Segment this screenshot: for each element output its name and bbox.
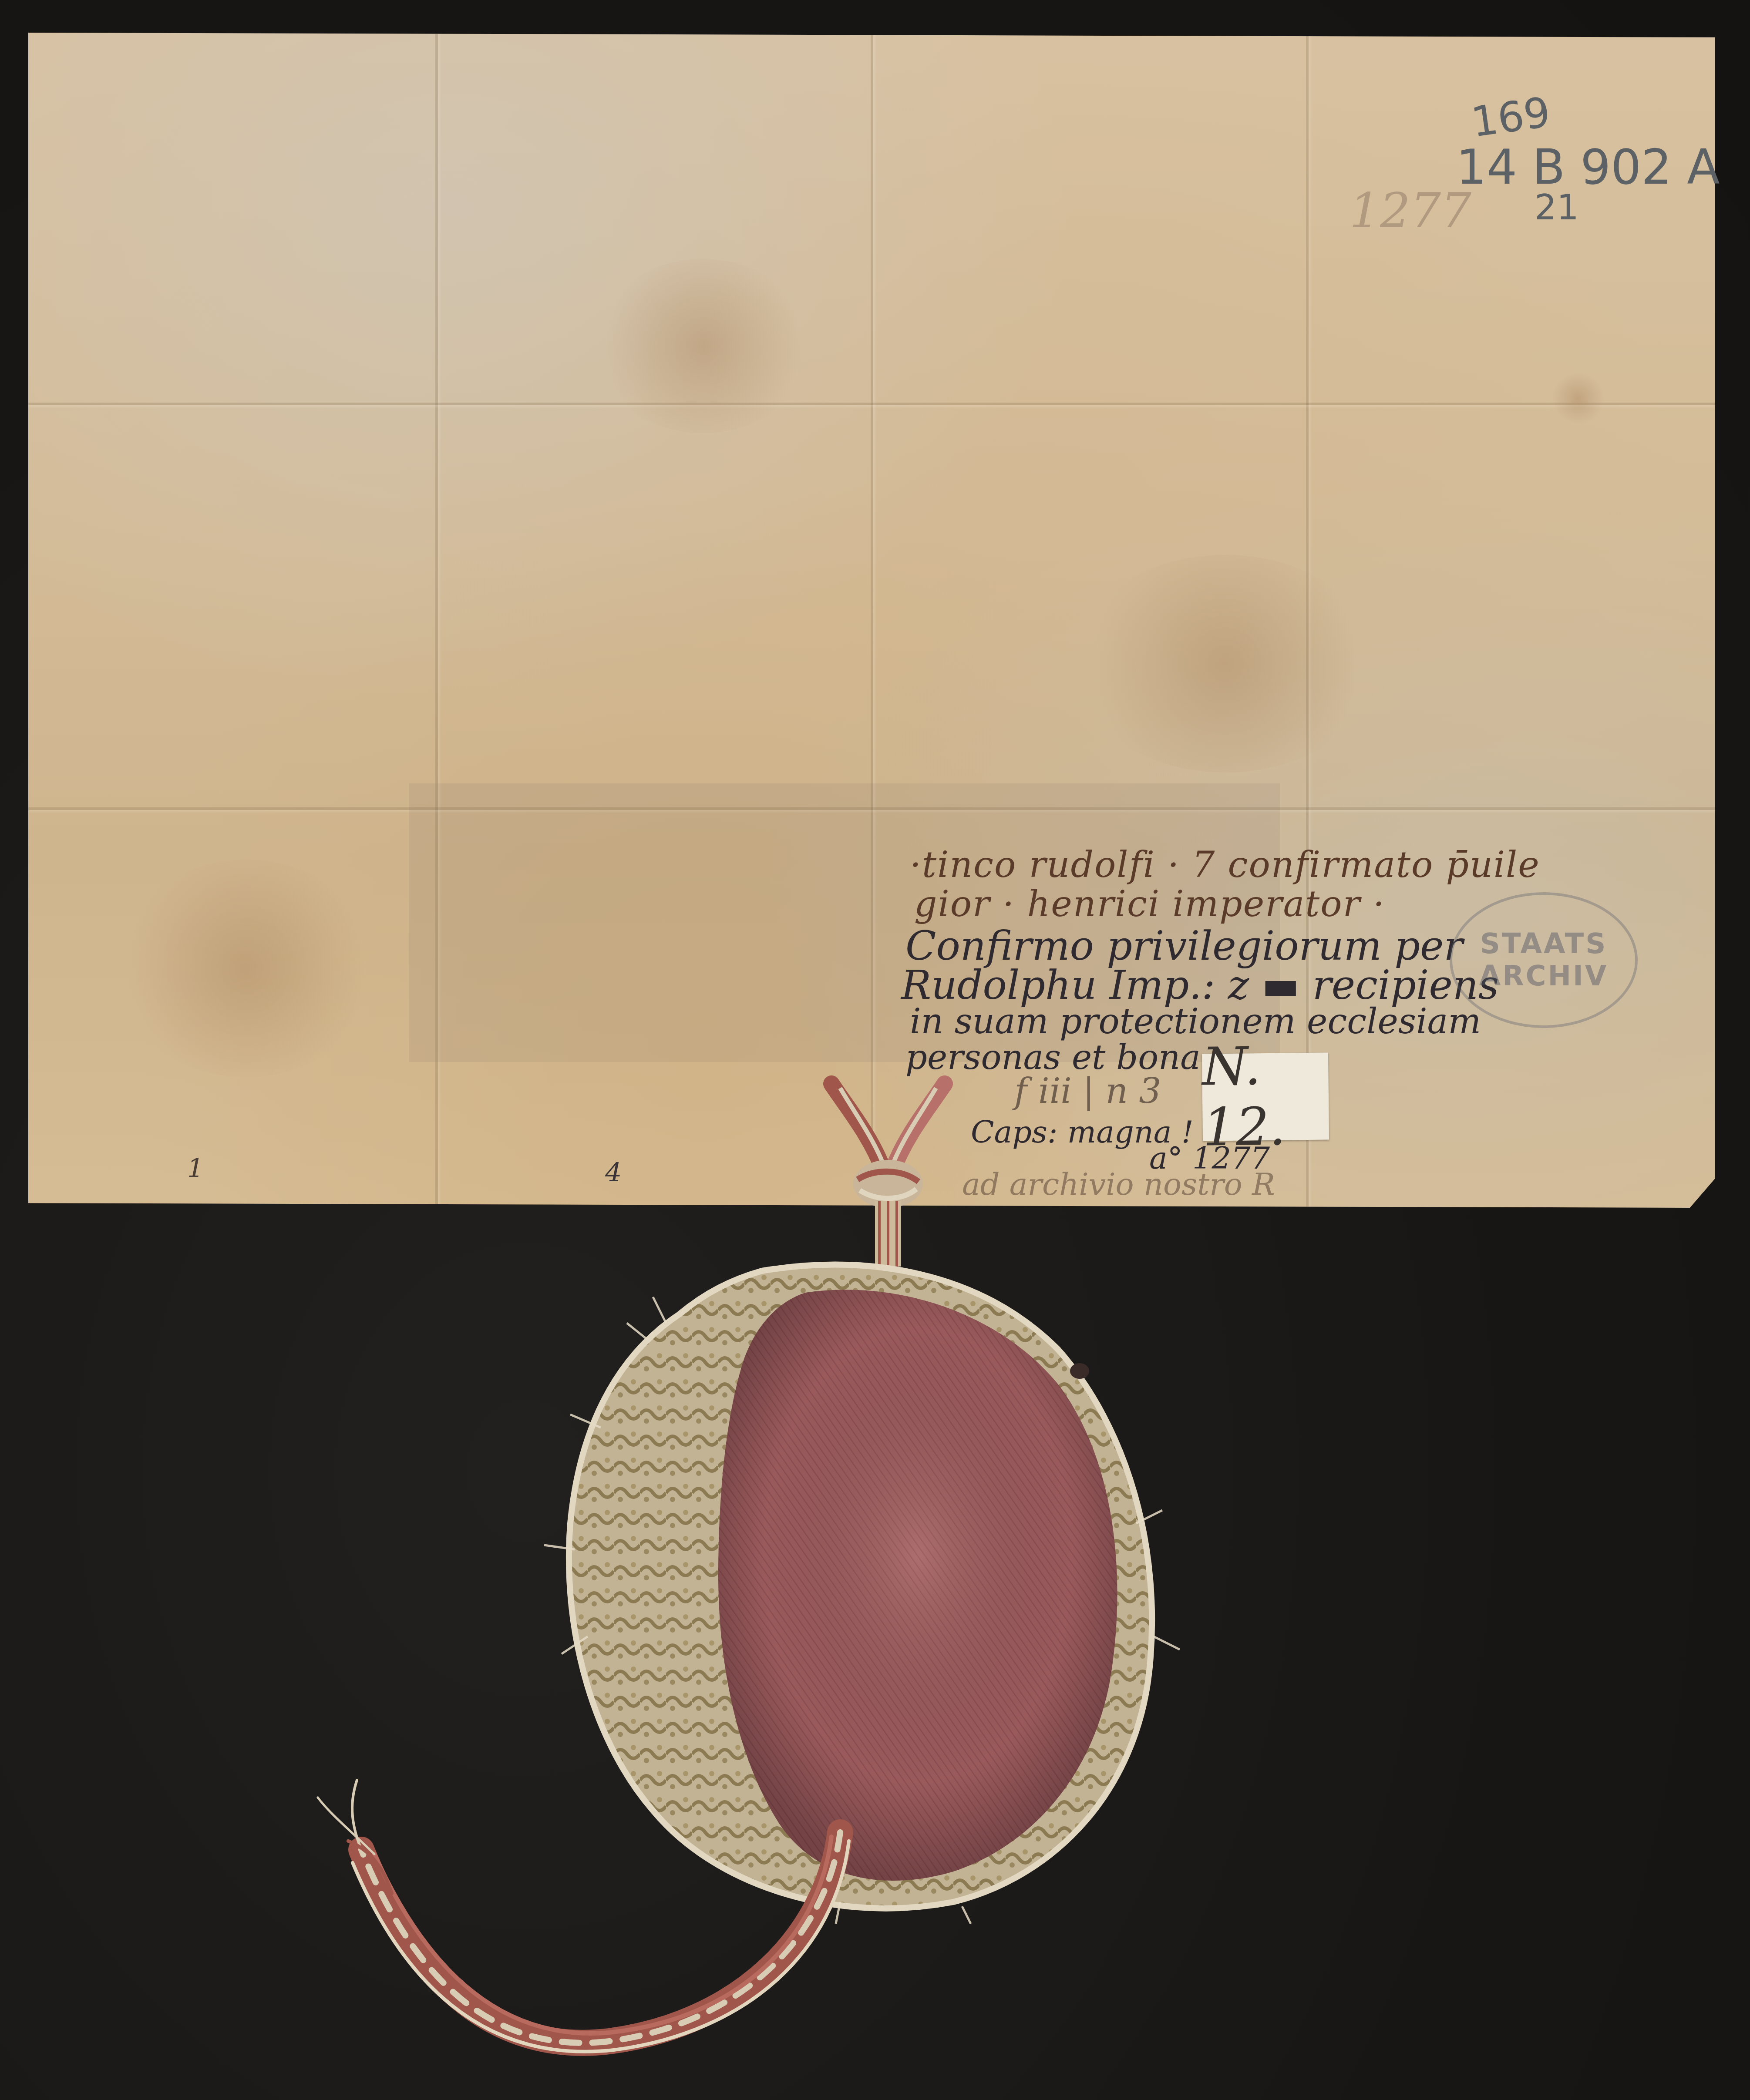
pencil-sub-number: 21: [1535, 187, 1579, 228]
dorsal-note-archive: ad archivio nostro R: [962, 1166, 1275, 1202]
corner-mark-mid: 4: [605, 1158, 622, 1188]
stain: [115, 860, 377, 1077]
stamp-line-2: ARCHIV: [1479, 960, 1609, 992]
dorsal-note-line-7: f iii | n 3: [1014, 1071, 1161, 1111]
faint-date-top: 1277: [1350, 183, 1471, 239]
seal-cord-knot: [814, 1075, 962, 1267]
archive-stamp: STAATS ARCHIV: [1450, 892, 1638, 1028]
stain-spot: [1552, 372, 1604, 424]
dorsal-note-line-2: gior · henrici imperator ·: [914, 884, 1385, 925]
pencil-shelfmark: 14 B 902 A: [1456, 139, 1720, 195]
label-slip-number: N. 12.: [1202, 1035, 1329, 1158]
dorsal-note-line-5: in suam protectionem ecclesiam: [910, 1001, 1481, 1042]
stamp-line-1: STAATS: [1480, 928, 1608, 960]
seal-cord-tassel: [305, 1763, 871, 2093]
stain: [594, 259, 812, 433]
fold-line-horizontal-1: [28, 403, 1715, 405]
dorsal-note-line-1: ·tinco rudolfi · 7 confirmato p̄uile: [910, 844, 1540, 886]
corner-mark-left: 1: [187, 1153, 204, 1184]
label-slip: N. 12.: [1202, 1052, 1329, 1141]
stain: [1073, 555, 1378, 773]
